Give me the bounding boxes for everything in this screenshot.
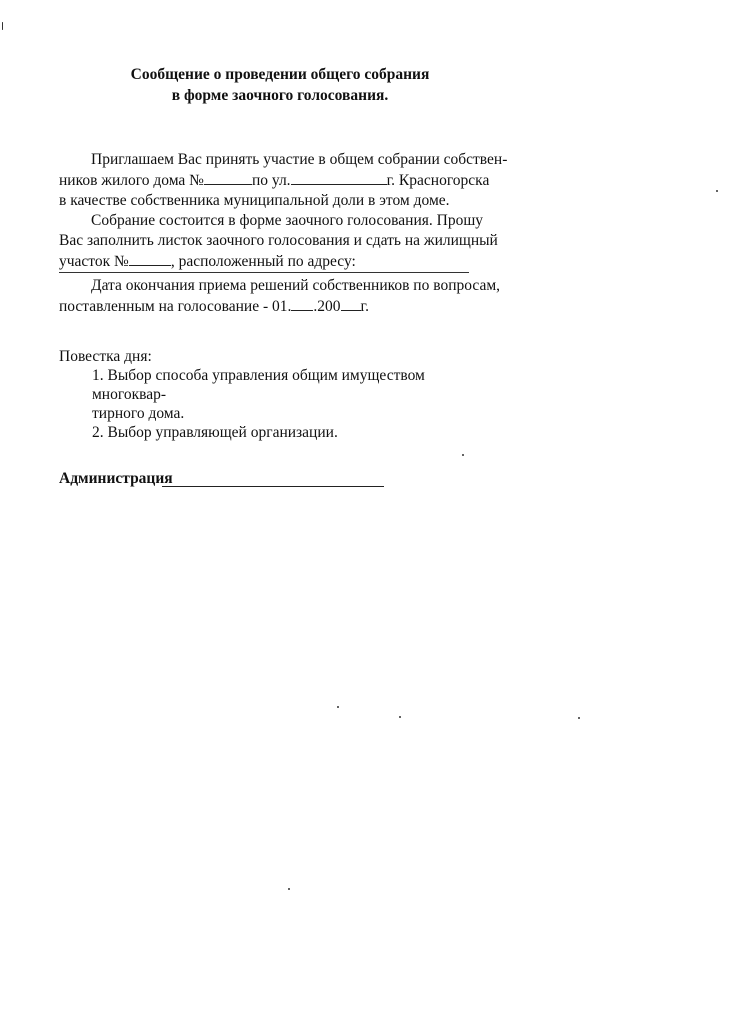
house-number-blank	[204, 170, 252, 185]
agenda-item-2: 2. Выбор управляющей организации.	[59, 423, 479, 442]
housing-section-label: участок №	[59, 253, 129, 270]
address-blank-line	[59, 272, 469, 273]
street-blank	[291, 170, 387, 185]
scan-speck	[337, 706, 339, 708]
para3-line2: поставленным на голосование - 01..200г.	[59, 296, 469, 317]
city-text: г. Красногорска	[387, 172, 490, 189]
scan-speck	[2, 22, 3, 30]
month-blank	[291, 296, 313, 311]
agenda: Повестка дня: 1. Выбор способа управлени…	[59, 347, 479, 442]
year-blank	[341, 296, 361, 311]
signature-label: Администрация	[59, 470, 173, 488]
para3-line1: Дата окончания приема решений собственни…	[59, 276, 469, 296]
para2-line3: участок №, расположенный по адресу:	[59, 251, 469, 272]
scan-speck	[288, 888, 290, 890]
agenda-item-1-line2: тирного дома.	[59, 404, 479, 423]
street-label: по ул.	[252, 172, 291, 189]
scan-speck	[399, 716, 401, 718]
year-suffix: г.	[361, 298, 369, 315]
para2-line2: Вас заполнить листок заочного голосовани…	[59, 231, 469, 251]
title-line-2: в форме заочного голосования.	[100, 85, 460, 106]
house-number-label: ников жилого дома №	[59, 172, 204, 189]
deadline-text: Дата окончания приема решений собственни…	[59, 276, 469, 317]
housing-section-blank	[129, 251, 171, 266]
para1-line2: ников жилого дома №по ул.г. Красногорска	[59, 170, 469, 191]
scan-speck	[578, 717, 580, 719]
signature-line	[162, 486, 384, 487]
document-title: Сообщение о проведении общего собрания в…	[100, 64, 460, 106]
year-prefix: .200	[313, 298, 340, 315]
invitation-text: Приглашаем Вас принять участие в общем с…	[59, 150, 469, 272]
para1-line3: в качестве собственника муниципальной до…	[59, 191, 469, 211]
para1-line1: Приглашаем Вас принять участие в общем с…	[59, 150, 469, 170]
deadline-label: поставленным на голосование - 01.	[59, 298, 291, 315]
scan-speck	[462, 454, 464, 456]
agenda-heading: Повестка дня:	[59, 347, 479, 366]
address-label: , расположенный по адресу:	[171, 253, 356, 270]
scan-speck	[716, 190, 718, 192]
title-line-1: Сообщение о проведении общего собрания	[100, 64, 460, 85]
para2-line1: Собрание состоится в форме заочного голо…	[59, 211, 469, 231]
agenda-item-1-line1: 1. Выбор способа управления общим имущес…	[59, 366, 479, 404]
